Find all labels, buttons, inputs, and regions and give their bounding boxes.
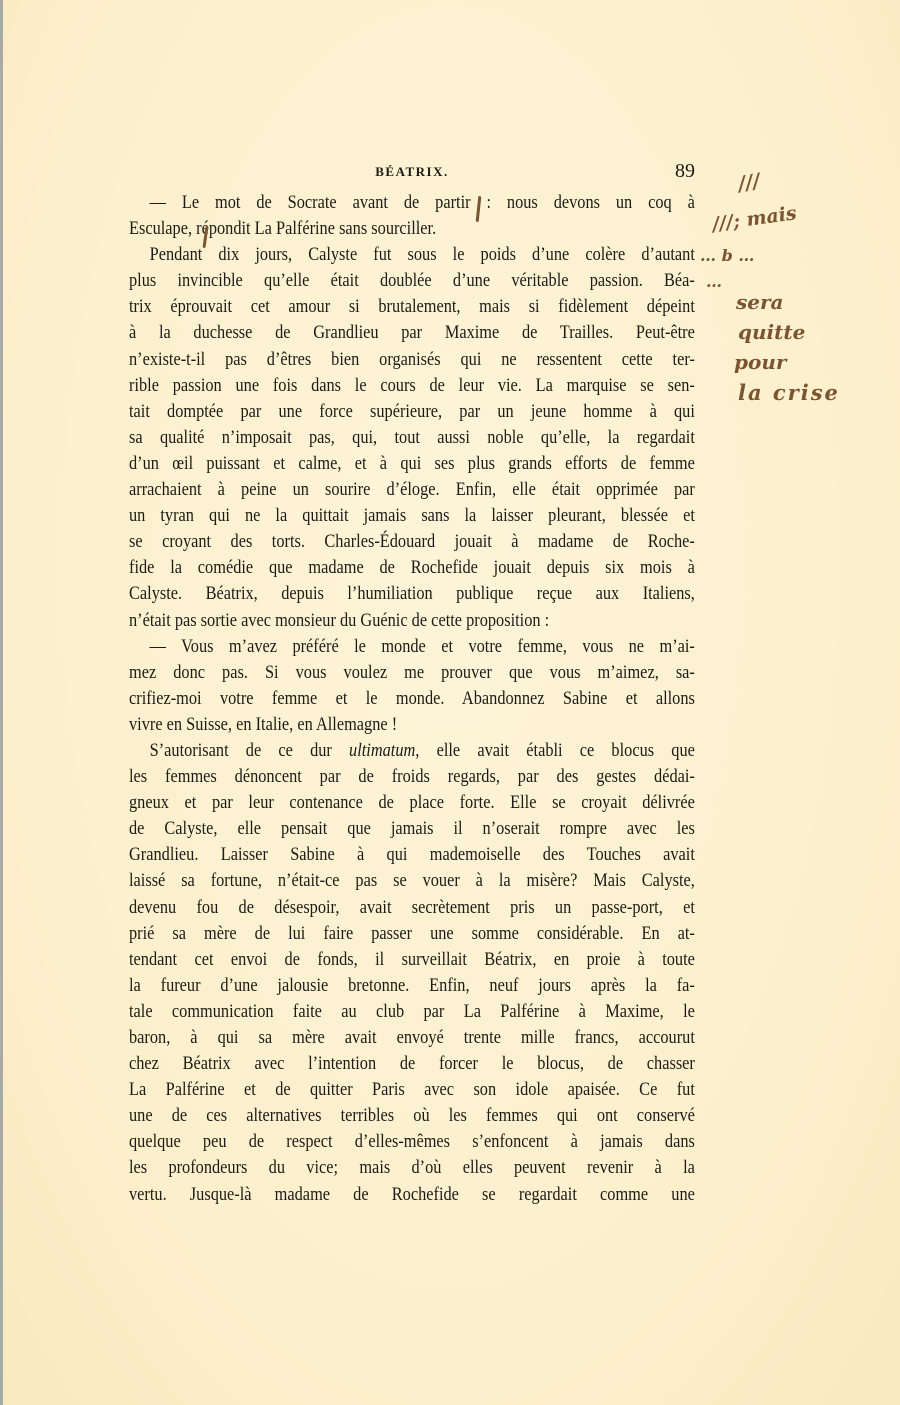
annotation-line: la crise <box>738 380 840 405</box>
text-line: chez Béatrix avec l’intention de forcer … <box>129 1051 695 1077</box>
text-line: se croyant des torts. Charles-Édouard jo… <box>129 529 695 555</box>
text-line: de Calyste, elle pensait que jamais il n… <box>129 816 695 842</box>
text-line: tendant cet envoi de fonds, il surveilla… <box>129 947 695 973</box>
text-line: baron, à qui sa mère avait envoyé trente… <box>129 1025 695 1051</box>
running-head: BÉATRIX. 89 <box>129 160 695 184</box>
text-line: rible passion une fois dans le cours de … <box>129 373 695 399</box>
text-line: — Le mot de Socrate avant de partir : no… <box>129 190 695 216</box>
text-line: arrachaient à peine un sourire d’éloge. … <box>129 477 695 503</box>
text-line: les profondeurs du vice; mais d’où elles… <box>129 1155 695 1181</box>
text-line: devenu fou de désespoir, avait secrèteme… <box>129 895 695 921</box>
text-line: vertu. Jusque-là madame de Rochefide se … <box>129 1182 695 1208</box>
text-line: fide la comédie que madame de Rochefide … <box>129 555 695 581</box>
text-line: mez donc pas. Si vous voulez me prouver … <box>129 660 695 686</box>
annotation-line: /// <box>736 168 762 195</box>
text-line: vivre en Suisse, en Italie, en Allemagne… <box>129 712 695 738</box>
text-line: tait domptée par une force supérieure, p… <box>129 399 695 425</box>
text-line: gneux et par leur contenance de place fo… <box>129 790 695 816</box>
running-title: BÉATRIX. <box>129 164 695 180</box>
text-line: S’autorisant de ce dur ultimatum, elle a… <box>129 738 695 764</box>
text-line: tale communication faite au club par La … <box>129 999 695 1025</box>
text-line: La Palférine et de quitter Paris avec so… <box>129 1077 695 1103</box>
text-line: Esculape, répondit La Palférine sans sou… <box>129 216 695 242</box>
annotation-line: sera <box>736 290 783 314</box>
text-line: sa qualité n’imposait pas, qui, tout aus… <box>129 425 695 451</box>
text-line: plus invincible qu’elle était doublée d’… <box>129 268 695 294</box>
text-line: Calyste. Béatrix, depuis l’humiliation p… <box>129 581 695 607</box>
body-text: — Le mot de Socrate avant de partir : no… <box>129 190 695 1208</box>
text-line: quelque peu de respect d’elles-mêmes s’e… <box>129 1129 695 1155</box>
text-line: n’existe-t-il pas d’êtres bien organisés… <box>129 347 695 373</box>
text-line: les femmes dénoncent par de froids regar… <box>129 764 695 790</box>
text-line: n’était pas sortie avec monsieur du Guén… <box>129 608 695 634</box>
annotation-line: quitte <box>738 320 805 344</box>
text-line: d’un œil puissant et calme, et à qui ses… <box>129 451 695 477</box>
text-line: la fureur d’une jalousie bretonne. Enfin… <box>129 973 695 999</box>
text-line: Pendant dix jours, Calyste fut sous le p… <box>129 242 695 268</box>
annotation-line: … <box>706 272 722 291</box>
page-number: 89 <box>675 160 695 183</box>
text-line: prié sa mère de lui faire passer une som… <box>129 921 695 947</box>
text-line: à la duchesse de Grandlieu par Maxime de… <box>129 320 695 346</box>
text-line: une de ces alternatives terribles où les… <box>129 1103 695 1129</box>
annotation-line: pour <box>734 350 786 374</box>
page-edge <box>0 0 3 1405</box>
text-line: Grandlieu. Laisser Sabine à qui mademois… <box>129 842 695 868</box>
italic-word: ultimatum, <box>349 740 419 761</box>
text-line: un tyran qui ne la quittait jamais sans … <box>129 503 695 529</box>
text-line: laissé sa fortune, n’était-ce pas se vou… <box>129 868 695 894</box>
text-line: trix éprouvait cet amour si brutalement,… <box>129 294 695 320</box>
annotation-line: … b … <box>700 246 754 265</box>
text-line: crifiez-moi votre femme et le monde. Aba… <box>129 686 695 712</box>
text-line: — Vous m’avez préféré le monde et votre … <box>129 634 695 660</box>
